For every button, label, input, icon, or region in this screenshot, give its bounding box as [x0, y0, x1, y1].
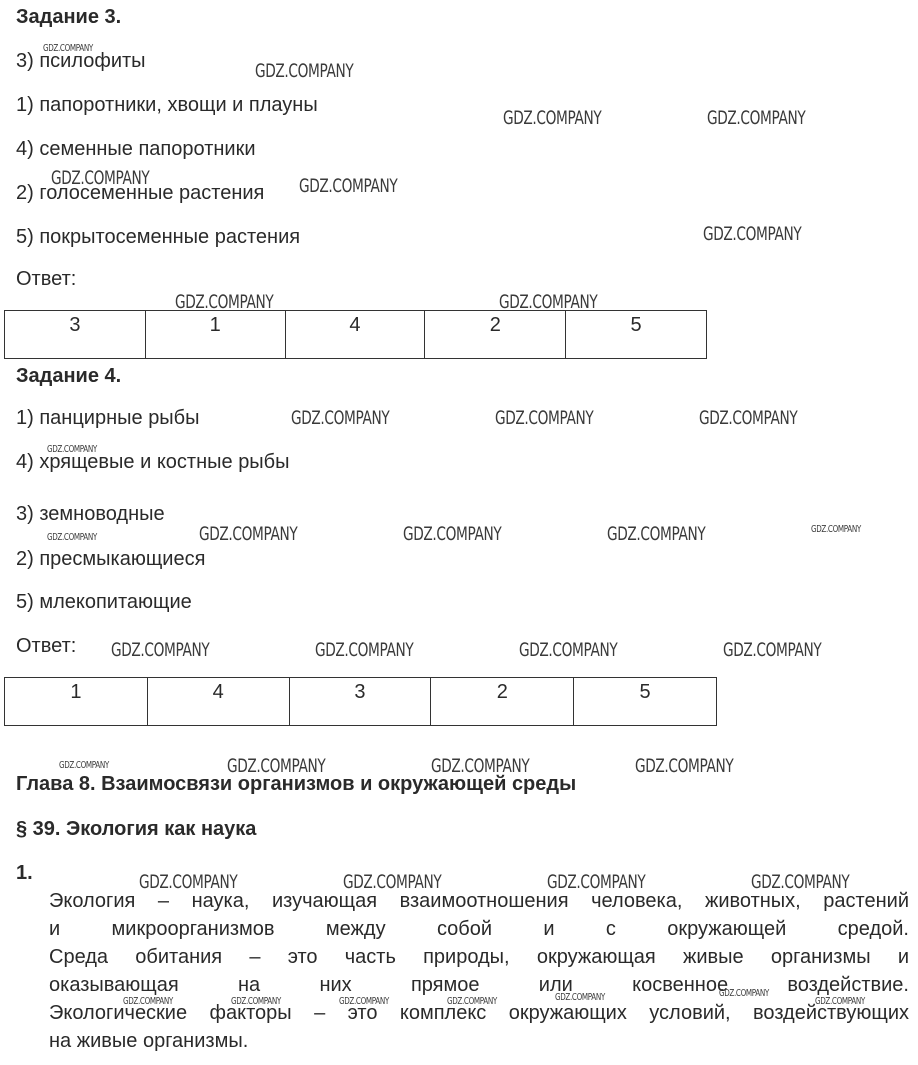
watermark: GDZ.COMPANY: [59, 760, 109, 771]
watermark: GDZ.COMPANY: [339, 996, 389, 1007]
watermark: GDZ.COMPANY: [547, 871, 645, 893]
watermark: GDZ.COMPANY: [227, 755, 325, 777]
watermark: GDZ.COMPANY: [447, 996, 497, 1007]
task4-item-3: 3) земноводные: [16, 503, 165, 526]
task3-answer-table: 3 1 4 2 5: [4, 310, 707, 359]
watermark: GDZ.COMPANY: [707, 107, 805, 129]
task3-title: Задание 3.: [16, 6, 121, 29]
task3-answer-cell: 1: [145, 311, 285, 359]
watermark: GDZ.COMPANY: [431, 755, 529, 777]
watermark: GDZ.COMPANY: [43, 43, 93, 54]
task3-answer-cell: 3: [5, 311, 146, 359]
task4-answer-cell: 1: [5, 678, 148, 726]
question-number: 1.: [16, 862, 33, 885]
watermark: GDZ.COMPANY: [751, 871, 849, 893]
watermark: GDZ.COMPANY: [519, 639, 617, 661]
watermark: GDZ.COMPANY: [231, 996, 281, 1007]
watermark: GDZ.COMPANY: [815, 996, 865, 1007]
task4-answer-cell: 5: [574, 678, 717, 726]
watermark: GDZ.COMPANY: [47, 444, 97, 455]
watermark: GDZ.COMPANY: [299, 175, 397, 197]
task4-title: Задание 4.: [16, 365, 121, 388]
task4-answer-label: Ответ:: [16, 635, 76, 658]
paragraph-line: и микроорганизмов между собой и с окружа…: [49, 915, 909, 943]
task4-item-5: 5) млекопитающие: [16, 591, 192, 614]
task3-answer-cell: 5: [566, 311, 707, 359]
watermark: GDZ.COMPANY: [635, 755, 733, 777]
watermark: GDZ.COMPANY: [699, 407, 797, 429]
watermark: GDZ.COMPANY: [199, 523, 297, 545]
watermark: GDZ.COMPANY: [811, 524, 861, 535]
task4-item-1: 1) панцирные рыбы: [16, 407, 200, 430]
watermark: GDZ.COMPANY: [111, 639, 209, 661]
task4-answer-cell: 4: [147, 678, 289, 726]
watermark: GDZ.COMPANY: [47, 532, 97, 543]
watermark: GDZ.COMPANY: [403, 523, 501, 545]
watermark: GDZ.COMPANY: [719, 988, 769, 999]
task4-answer-table: 1 4 3 2 5: [4, 677, 717, 726]
watermark: GDZ.COMPANY: [499, 291, 597, 313]
task3-item-3: 4) семенные папоротники: [16, 138, 256, 161]
watermark: GDZ.COMPANY: [343, 871, 441, 893]
paragraph-line: на живые организмы.: [49, 1027, 909, 1055]
task3-item-5: 5) покрытосеменные растения: [16, 226, 300, 249]
watermark: GDZ.COMPANY: [315, 639, 413, 661]
watermark: GDZ.COMPANY: [139, 871, 237, 893]
task3-answer-cell: 2: [425, 311, 566, 359]
watermark: GDZ.COMPANY: [555, 992, 605, 1003]
task3-answer-cell: 4: [285, 311, 425, 359]
watermark: GDZ.COMPANY: [123, 996, 173, 1007]
watermark: GDZ.COMPANY: [175, 291, 273, 313]
task4-item-4: 2) пресмыкающиеся: [16, 548, 205, 571]
watermark: GDZ.COMPANY: [495, 407, 593, 429]
watermark: GDZ.COMPANY: [291, 407, 389, 429]
task4-answer-cell: 3: [289, 678, 431, 726]
watermark: GDZ.COMPANY: [255, 60, 353, 82]
watermark: GDZ.COMPANY: [503, 107, 601, 129]
watermark: GDZ.COMPANY: [703, 223, 801, 245]
watermark: GDZ.COMPANY: [51, 167, 149, 189]
watermark: GDZ.COMPANY: [607, 523, 705, 545]
task3-answer-label: Ответ:: [16, 268, 76, 291]
task3-item-2: 1) папоротники, хвощи и плауны: [16, 94, 318, 117]
watermark: GDZ.COMPANY: [723, 639, 821, 661]
section-title: § 39. Экология как наука: [16, 818, 256, 841]
paragraph-line: оказывающая на них прямое или косвенное …: [49, 971, 909, 999]
answer-paragraph: Экология – наука, изучающая взаимоотноше…: [49, 887, 909, 1055]
task4-answer-cell: 2: [431, 678, 574, 726]
paragraph-line: Среда обитания – это часть природы, окру…: [49, 943, 909, 971]
